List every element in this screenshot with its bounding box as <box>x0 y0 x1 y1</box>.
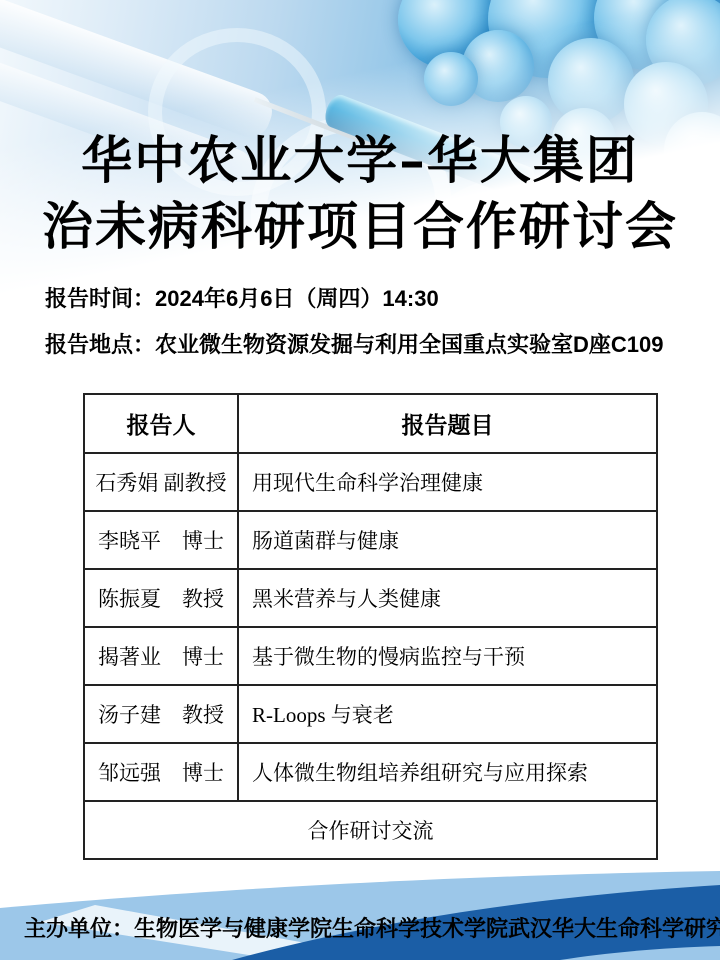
organizer-group: 主办单位：生物医学与健康学院 <box>24 916 332 942</box>
seminar-poster: 华中农业大学–华大集团 治未病科研项目合作研讨会 报告时间：2024年6月6日（… <box>0 0 720 960</box>
col-header-speaker: 报告人 <box>84 394 238 453</box>
title-cell: R-Loops 与衰老 <box>238 685 657 743</box>
poster-title: 华中农业大学–华大集团 治未病科研项目合作研讨会 <box>0 128 720 260</box>
report-location-label: 报告地点： <box>45 332 155 357</box>
organizer-label: 主办单位： <box>24 916 134 941</box>
speaker-cell: 陈振夏 教授 <box>84 569 238 627</box>
table-row: 石秀娟 副教授 用现代生命科学治理健康 <box>84 453 657 511</box>
title-cell: 黑米营养与人类健康 <box>238 569 657 627</box>
table-header-row: 报告人 报告题目 <box>84 394 657 453</box>
report-location: 报告地点：农业微生物资源发掘与利用全国重点实验室D座C109 <box>45 332 700 358</box>
table-row: 李晓平 博士 肠道菌群与健康 <box>84 511 657 569</box>
speaker-cell: 石秀娟 副教授 <box>84 453 238 511</box>
speaker-cell: 汤子建 教授 <box>84 685 238 743</box>
table-row: 邹远强 博士 人体微生物组培养组研究与应用探索 <box>84 743 657 801</box>
footer-row-cell: 合作研讨交流 <box>84 801 657 859</box>
schedule-table: 报告人 报告题目 石秀娟 副教授 用现代生命科学治理健康 李晓平 博士 肠道菌群… <box>83 393 658 860</box>
title-cell: 人体微生物组培养组研究与应用探索 <box>238 743 657 801</box>
title-cell: 肠道菌群与健康 <box>238 511 657 569</box>
schedule-section: 报告人 报告题目 石秀娟 副教授 用现代生命科学治理健康 李晓平 博士 肠道菌群… <box>83 393 658 860</box>
speaker-cell: 邹远强 博士 <box>84 743 238 801</box>
organizer-1: 生物医学与健康学院 <box>134 916 332 941</box>
table-footer-row: 合作研讨交流 <box>84 801 657 859</box>
table-row: 汤子建 教授 R-Loops 与衰老 <box>84 685 657 743</box>
title-line-1: 华中农业大学–华大集团 <box>0 128 720 194</box>
organizer-3: 武汉华大生命科学研究院 <box>508 916 720 942</box>
table-row: 揭著业 博士 基于微生物的慢病监控与干预 <box>84 627 657 685</box>
report-location-value: 农业微生物资源发掘与利用全国重点实验室D座C109 <box>155 332 663 357</box>
footer-wave-graphic <box>0 860 720 960</box>
meta-block: 报告时间：2024年6月6日（周四）14:30 报告地点：农业微生物资源发掘与利… <box>45 286 700 378</box>
organizer-2: 生命科学技术学院 <box>332 916 508 942</box>
title-cell: 基于微生物的慢病监控与干预 <box>238 627 657 685</box>
speaker-cell: 揭著业 博士 <box>84 627 238 685</box>
table-row: 陈振夏 教授 黑米营养与人类健康 <box>84 569 657 627</box>
organizer-line: 主办单位：生物医学与健康学院 生命科学技术学院 武汉华大生命科学研究院 <box>0 916 720 942</box>
col-header-title: 报告题目 <box>238 394 657 453</box>
report-time-label: 报告时间： <box>45 286 155 311</box>
title-cell: 用现代生命科学治理健康 <box>238 453 657 511</box>
report-time-value: 2024年6月6日（周四）14:30 <box>155 286 439 311</box>
title-line-2: 治未病科研项目合作研讨会 <box>0 194 720 260</box>
report-time: 报告时间：2024年6月6日（周四）14:30 <box>45 286 700 312</box>
speaker-cell: 李晓平 博士 <box>84 511 238 569</box>
